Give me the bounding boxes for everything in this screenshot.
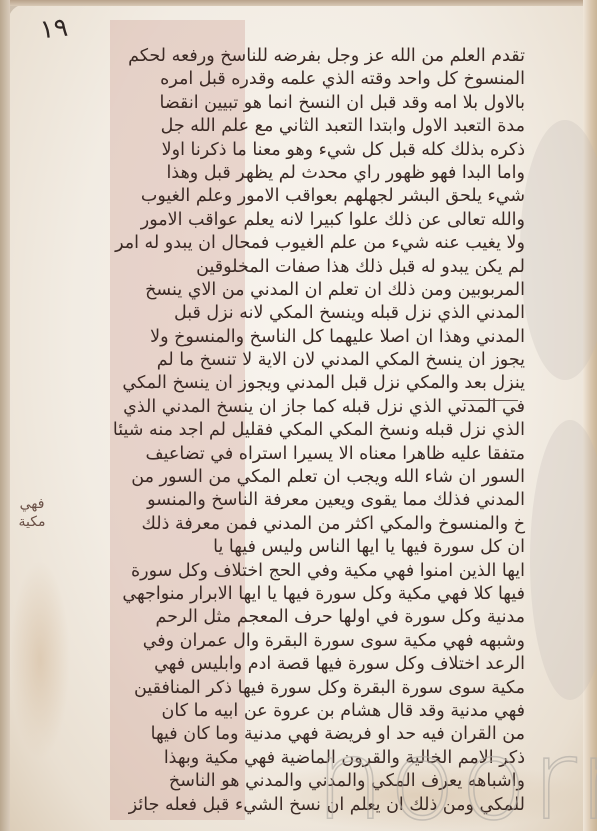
text-line: الرعد اختلاف وكل سورة فيها قصة ادم وابلي… <box>50 653 525 676</box>
text-line: مكية سوى سورة البقرة وكل سورة فيها ذكر ا… <box>50 677 525 700</box>
watermark: noorni <box>315 725 597 831</box>
text-line: ان كل سورة فيها يا ايها الناس وليس فيها … <box>50 536 525 559</box>
text-line: المدني فذلك مما يقوى ويعين معرفة الناسخ … <box>50 489 525 512</box>
text-line: المنسوخ كل واحد وقته الذي علمه وقدره قبل… <box>50 68 525 91</box>
manuscript-text: تقدم العلم من الله عز وجل بفرضه للناسخ و… <box>50 45 525 817</box>
text-line: مدنية وكل سورة في اولها حرف المعجم مثل ا… <box>50 606 525 629</box>
text-line: واما البدا فهو ظهور راي محدث لم يظهر قبل… <box>50 162 525 185</box>
text-line: ايها الذين امنوا فهي مكية وفي الحج اختلا… <box>50 560 525 583</box>
text-line: وشبهه فهي مكية سوى سورة البقرة وال عمران… <box>50 630 525 653</box>
text-line: السور ان شاء الله ويجب ان تعلم المكي من … <box>50 466 525 489</box>
text-line: بالاول بلا امه وقد قبل ان النسخ انما هو … <box>50 92 525 115</box>
text-line: المدني وهذا ان اصلا عليهما كل الناسخ وال… <box>50 326 525 349</box>
text-line: فيها كلا فهي مكية وكل سورة فيها يا ايها … <box>50 583 525 606</box>
text-line: تقدم العلم من الله عز وجل بفرضه للناسخ و… <box>50 45 525 68</box>
text-line: الذي نزل قبله ونسخ المكي المكي فقليل لم … <box>50 419 525 442</box>
text-line: خ والمنسوخ والمكي اكثر من المدني فمن معر… <box>50 513 525 536</box>
page-number: ١٩ <box>39 13 70 46</box>
text-line: المدني الذي نزل قبله وينسخ المكي لانه نز… <box>50 302 525 325</box>
text-line: يجوز ان ينسخ المكي المدني لان الاية لا ت… <box>50 349 525 372</box>
text-line: لم يكن يبدو له قبل ذلك هذا صفات المخلوقي… <box>50 256 525 279</box>
text-line: والله تعالى عن ذلك علوا كبيرا لانه يعلم … <box>50 209 525 232</box>
text-line: ذكره بذلك كله قبل كل شيء وهو معنا ما ذكر… <box>50 139 525 162</box>
text-line: في المدني الذي نزل قبله كما جاز ان ينسخ … <box>50 396 525 419</box>
underline-mark <box>462 400 518 401</box>
page-top-edge <box>0 0 597 6</box>
margin-note: فهي مكية <box>12 495 52 531</box>
text-line: ينزل بعد والمكي نزل قبل المدني ويجوز ان … <box>50 372 525 395</box>
text-line: متفقا عليه ظاهرا معناه الا يسيرا استراه … <box>50 443 525 466</box>
text-line: ولا يغيب عنه شيء من علم الغيوب فمحال ان … <box>50 232 525 255</box>
text-line: مدة التعبد الاول وابتدا التعبد الثاني مع… <box>50 115 525 138</box>
page-left-edge <box>0 0 10 831</box>
text-line: المربوبين ومن ذلك ان تعلم ان المدني من ا… <box>50 279 525 302</box>
page-right-edge <box>583 0 597 831</box>
text-line: شيء يلحق البشر لجهلهم بعواقب الامور وعلم… <box>50 185 525 208</box>
